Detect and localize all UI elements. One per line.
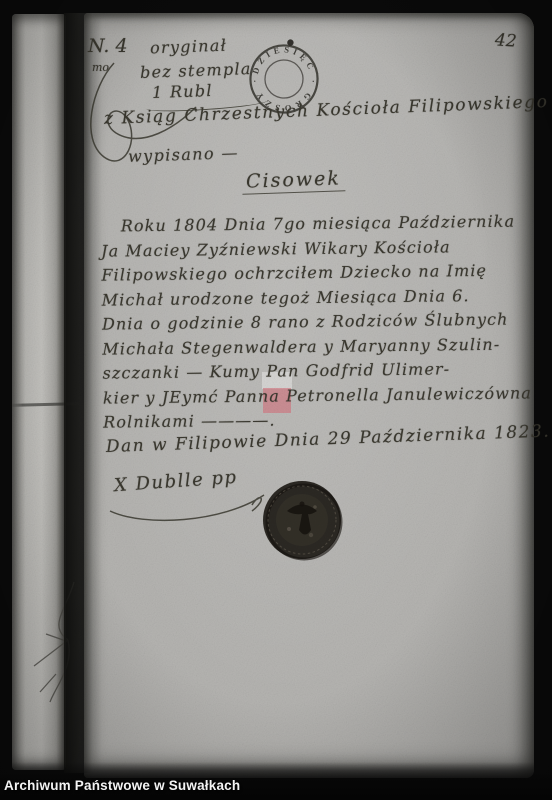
archive-name: Archiwum Państwowe w Suwałkach	[4, 778, 240, 793]
official-seal-icon	[259, 477, 345, 563]
extract-word: wypisano —	[128, 143, 239, 166]
document-number: N. 4	[88, 35, 128, 57]
record-line: Michała Stegenwaldera y Maryanny Szulin-	[102, 332, 530, 362]
place-title-text: Cisowek	[242, 167, 346, 195]
scanned-archival-document: N. 4 mo oryginał bez stempla 1 Rubl DZIE…	[0, 0, 552, 800]
record-line: kier y JEymć Panna Petronella Janulewicz…	[103, 381, 531, 411]
place-title: Cisowek	[242, 167, 346, 193]
document-page: N. 4 mo oryginał bez stempla 1 Rubl DZIE…	[84, 13, 534, 778]
folio-number: 42	[494, 30, 517, 51]
annotation-oryginal: oryginał	[150, 36, 228, 58]
record-text: Roku 1804 Dnia 7go miesiąca Października…	[101, 209, 532, 435]
record-line: Roku 1804 Dnia 7go miesiąca Października	[101, 209, 529, 239]
annotation-bez-stempla: bez stempla	[140, 59, 252, 82]
folded-page-edge	[12, 14, 66, 770]
annotation-sub-mark: mo	[92, 61, 109, 74]
archive-watermark-bar: Archiwum Państwowe w Suwałkach	[0, 762, 552, 800]
